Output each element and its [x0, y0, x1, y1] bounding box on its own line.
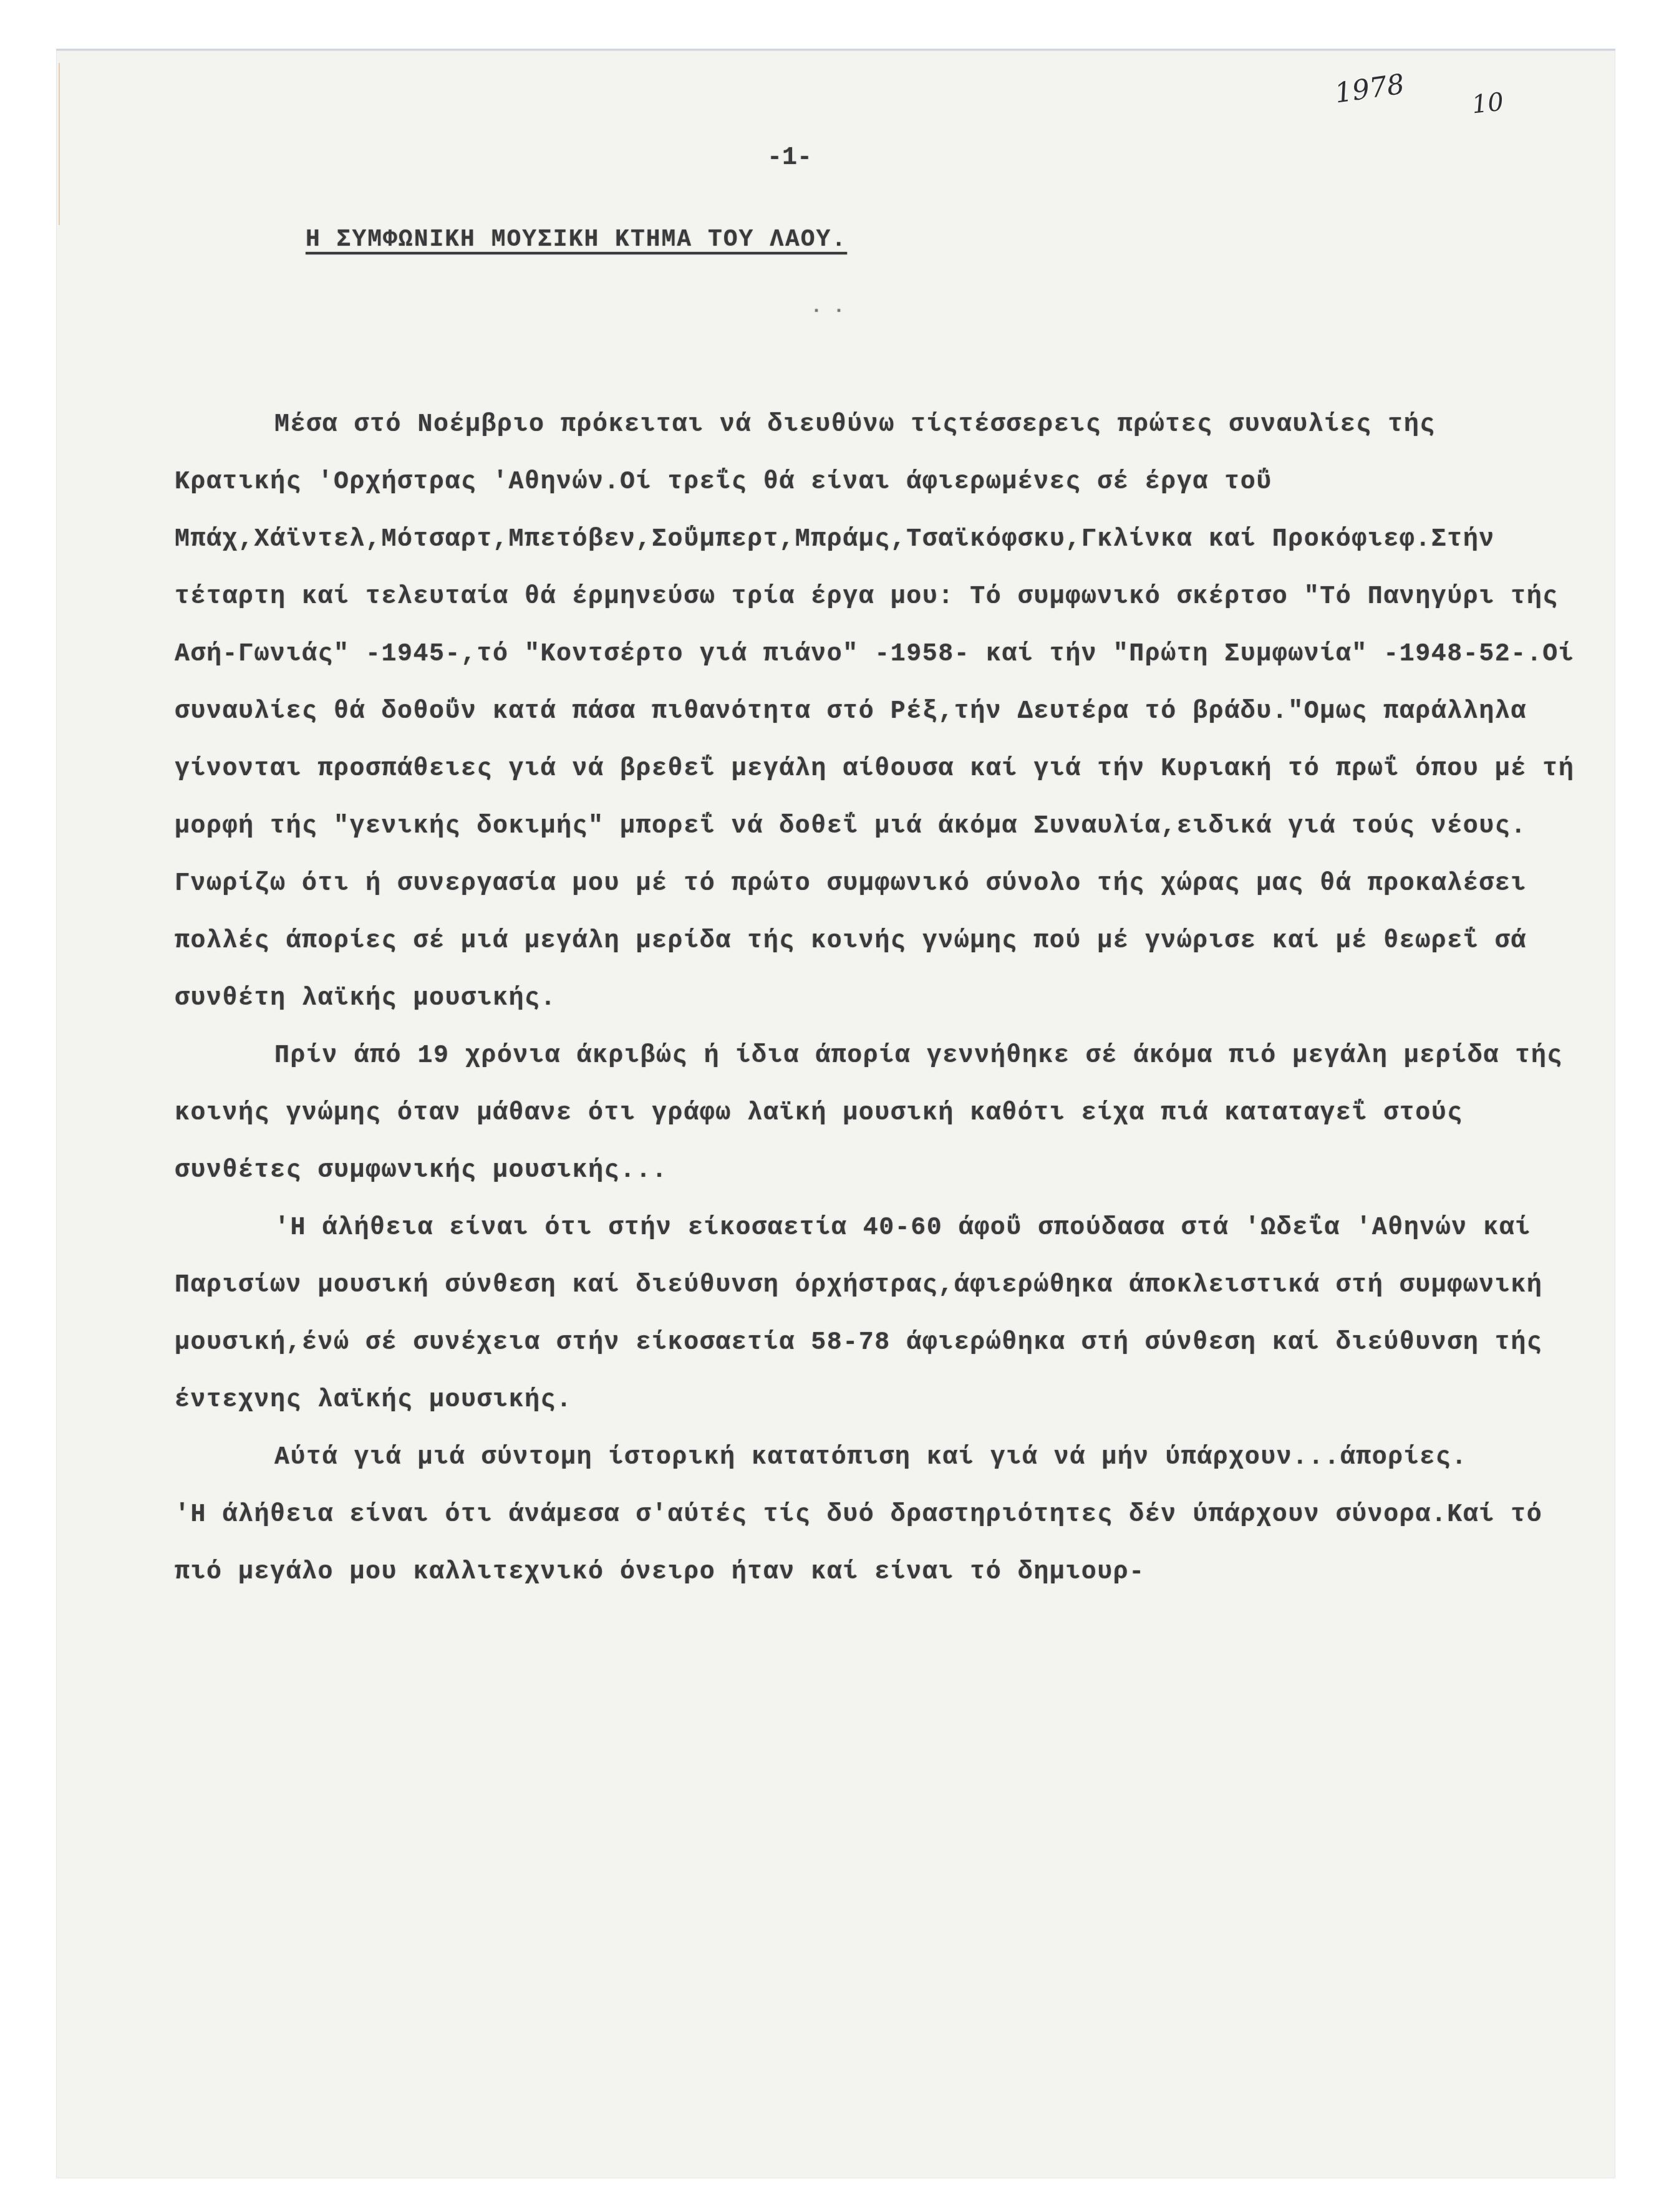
- body-text: Μέσα στό Νοέμβριο πρόκειται νά διευθύνω …: [175, 397, 1578, 1601]
- paragraph: Πρίν άπό 19 χρόνια άκριβώς ή ίδια άπορία…: [175, 1028, 1578, 1200]
- scanned-page: 1978 10 -1- Η ΣΥΜΦΩΝΙΚΗ ΜΟΥΣΙΚΗ ΚΤΗΜΑ ΤΟ…: [56, 49, 1615, 2178]
- handwritten-folio-number: 10: [1471, 87, 1505, 119]
- page-number: -1-: [767, 144, 812, 172]
- paragraph: 'Η άλήθεια είναι ότι άνάμεσα σ'αύτές τίς…: [175, 1487, 1578, 1601]
- separator-dots: . .: [811, 297, 844, 318]
- paragraph: Μέσα στό Νοέμβριο πρόκειται νά διευθύνω …: [175, 397, 1578, 1028]
- handwritten-year: 1978: [1333, 68, 1406, 109]
- binding-mark: [59, 63, 60, 225]
- paragraph: 'Η άλήθεια είναι ότι στήν είκοσαετία 40-…: [175, 1200, 1578, 1429]
- paragraph: Αύτά γιά μιά σύντομη ίστορική κατατόπιση…: [175, 1429, 1578, 1487]
- document-title: Η ΣΥΜΦΩΝΙΚΗ ΜΟΥΣΙΚΗ ΚΤΗΜΑ ΤΟΥ ΛΑΟΥ.: [306, 226, 847, 253]
